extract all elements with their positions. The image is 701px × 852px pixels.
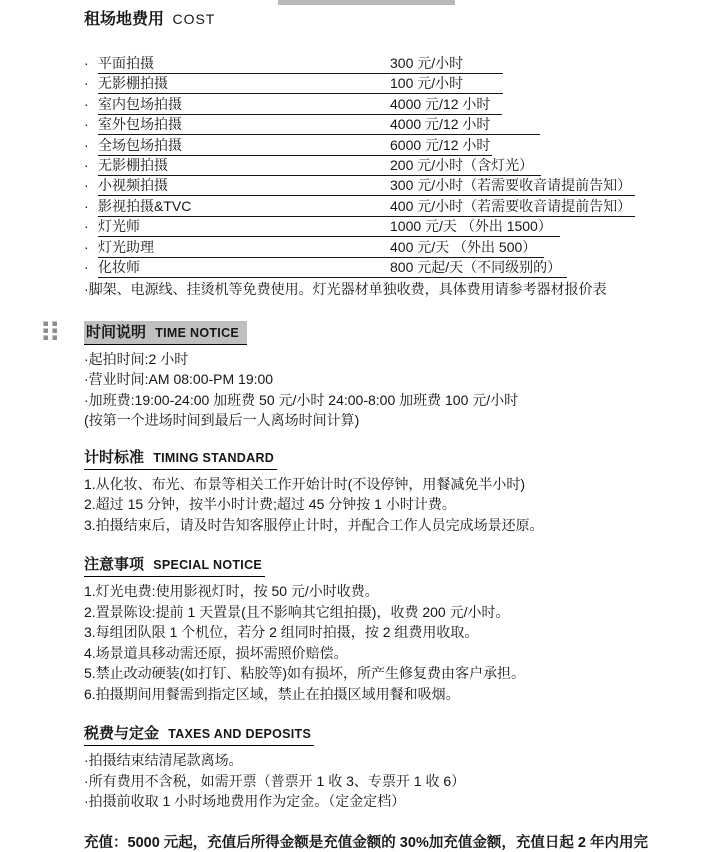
taxes-deposits-lines: ·拍摄结束结清尾款离场。·所有费用不含税，如需开票（普票开 1 收 3、专票开 … (84, 750, 684, 812)
time-notice-lines: ·起拍时间:2 小时·营业时间:AM 08:00-PM 19:00·加班费:19… (84, 349, 684, 431)
cost-item-name: 影视拍摄&TVC (98, 198, 390, 214)
document-page: 租场地费用 COST · 平面拍摄 300 元/小时 · 无影棚拍摄 100 元… (0, 0, 701, 852)
bullet-glyph: · (84, 177, 98, 194)
cost-row: · 室外包场拍摄 4000 元/12 小时 (84, 116, 684, 136)
special-notice-heading-underline: 注意事项 SPECIAL NOTICE (84, 555, 265, 577)
cost-free-items-note: ·脚架、电源线、挂烫机等免费使用。灯光器材单独收费，具体费用请参考器材报价表 (84, 279, 684, 299)
cost-row: · 小视频拍摄 300 元/小时（若需要收音请提前告知） (84, 177, 684, 197)
cost-item-price: 4000 元/12 小时 (390, 116, 490, 132)
cost-item-name: 全场包场拍摄 (98, 137, 390, 153)
text-line: 6.拍摄期间用餐需到指定区域，禁止在拍摄区域用餐和吸烟。 (84, 684, 684, 705)
text-line: ·拍摄结束结清尾款离场。 (84, 750, 684, 771)
cost-row-underline: 影视拍摄&TVC 400 元/小时（若需要收音请提前告知） (98, 198, 635, 217)
text-line: 4.场景道具移动需还原，损坏需照价赔偿。 (84, 643, 684, 664)
bullet-glyph: · (84, 96, 98, 113)
cost-item-price: 400 元/小时（若需要收音请提前告知） (390, 198, 631, 214)
document-content: 租场地费用 COST · 平面拍摄 300 元/小时 · 无影棚拍摄 100 元… (84, 8, 684, 852)
cost-item-price: 4000 元/12 小时 (390, 96, 490, 112)
taxes-deposits-heading: 税费与定金 TAXES AND DEPOSITS (84, 724, 684, 746)
bullet-glyph: · (84, 157, 98, 174)
taxes-deposits-title-zh: 税费与定金 (84, 725, 159, 742)
time-notice-heading-highlight: 时间说明 TIME NOTICE (84, 321, 247, 345)
timing-standard-lines: 1.从化妆、布光、布景等相关工作开始计时(不设停钟，用餐减免半小时)2.超过 1… (84, 474, 684, 536)
cost-row: · 无影棚拍摄 100 元/小时 (84, 75, 684, 95)
text-line: 2.超过 15 分钟，按半小时计费;超过 45 分钟按 1 小时计费。 (84, 494, 684, 515)
cost-row: · 灯光师 1000 元/天 （外出 1500） (84, 218, 684, 238)
section-timing-standard: 计时标准 TIMING STANDARD 1.从化妆、布光、布景等相关工作开始计… (84, 448, 684, 536)
text-line: ·加班费:19:00-24:00 加班费 50 元/小时 24:00-8:00 … (84, 390, 684, 411)
cost-item-name: 室内包场拍摄 (98, 96, 390, 112)
bullet-glyph: · (84, 55, 98, 72)
bullet-glyph: · (84, 137, 98, 154)
cost-row-underline: 小视频拍摄 300 元/小时（若需要收音请提前告知） (98, 177, 635, 196)
time-notice-heading: 时间说明 TIME NOTICE (84, 321, 684, 345)
cost-row-underline: 灯光师 1000 元/天 （外出 1500） (98, 218, 560, 237)
cost-item-name: 无影棚拍摄 (98, 75, 390, 91)
cost-title-zh: 租场地费用 (84, 11, 164, 28)
bullet-glyph: · (84, 75, 98, 92)
cost-row: · 室内包场拍摄 4000 元/12 小时 (84, 96, 684, 116)
special-notice-title-en: SPECIAL NOTICE (153, 558, 262, 572)
text-line: ·起拍时间:2 小时 (84, 349, 684, 370)
cost-item-price: 100 元/小时 (390, 75, 463, 91)
section-special-notice: 注意事项 SPECIAL NOTICE 1.灯光电费:使用影视灯时，按 50 元… (84, 555, 684, 704)
bullet-glyph: · (84, 116, 98, 133)
cost-row-underline: 平面拍摄 300 元/小时 (98, 55, 503, 74)
cost-item-price: 400 元/天 （外出 500） (390, 239, 536, 255)
recharge-note: 充值：5000 元起，充值后所得金额是充值金额的 30%加充值金额，充值日起 2… (84, 833, 684, 852)
cost-item-price: 800 元起/天（不同级别的） (390, 259, 561, 275)
text-line: 1.从化妆、布光、布景等相关工作开始计时(不设停钟，用餐减免半小时) (84, 474, 684, 495)
cost-title-en: COST (172, 11, 215, 27)
text-line: ·所有费用不含税，如需开票（普票开 1 收 3、专票开 1 收 6） (84, 771, 684, 792)
time-notice-title-en: TIME NOTICE (155, 326, 239, 340)
cost-item-name: 无影棚拍摄 (98, 157, 390, 173)
text-line: (按第一个进场时间到最后一人离场时间计算) (84, 410, 684, 431)
timing-standard-title-zh: 计时标准 (84, 449, 144, 466)
cost-item-price: 1000 元/天 （外出 1500） (390, 218, 552, 234)
cost-item-price: 300 元/小时（若需要收音请提前告知） (390, 177, 631, 193)
bullet-glyph: · (84, 239, 98, 256)
top-gray-bar (278, 0, 455, 5)
cost-row-underline: 化妆师 800 元起/天（不同级别的） (98, 259, 567, 278)
bullet-glyph: · (84, 218, 98, 235)
cost-item-name: 灯光师 (98, 218, 390, 234)
cost-item-name: 平面拍摄 (98, 55, 390, 71)
cost-row-underline: 灯光助理 400 元/天 （外出 500） (98, 239, 544, 258)
bullet-glyph: · (84, 198, 98, 215)
special-notice-title-zh: 注意事项 (84, 556, 144, 573)
cost-row: · 无影棚拍摄 200 元/小时（含灯光） (84, 157, 684, 177)
bullet-glyph: · (84, 259, 98, 276)
cost-row: · 平面拍摄 300 元/小时 (84, 55, 684, 75)
cost-row: · 灯光助理 400 元/天 （外出 500） (84, 239, 684, 259)
cost-item-price: 300 元/小时 (390, 55, 463, 71)
text-line: 5.禁止改动硬装(如打钉、粘胶等)如有损坏，所产生修复费由客户承担。 (84, 663, 684, 684)
text-line: ·拍摄前收取 1 小时场地费用作为定金。（定金定档） (84, 791, 684, 812)
cost-row: · 全场包场拍摄 6000 元/12 小时 (84, 137, 684, 157)
cost-item-price: 6000 元/12 小时 (390, 137, 490, 153)
timing-standard-heading-underline: 计时标准 TIMING STANDARD (84, 448, 277, 470)
time-notice-title-zh: 时间说明 (86, 324, 146, 341)
cost-price-list: · 平面拍摄 300 元/小时 · 无影棚拍摄 100 元/小时 · 室内包场拍… (84, 55, 684, 279)
cost-item-name: 小视频拍摄 (98, 177, 390, 193)
text-line: 1.灯光电费:使用影视灯时，按 50 元/小时收费。 (84, 581, 684, 602)
drag-handle-icon[interactable] (43, 321, 58, 341)
cost-item-price: 200 元/小时（含灯光） (390, 157, 533, 173)
section-time-notice: 时间说明 TIME NOTICE ·起拍时间:2 小时·营业时间:AM 08:0… (84, 321, 684, 431)
text-line: ·营业时间:AM 08:00-PM 19:00 (84, 369, 684, 390)
cost-item-name: 化妆师 (98, 259, 390, 275)
cost-item-name: 灯光助理 (98, 239, 390, 255)
cost-row-underline: 室外包场拍摄 4000 元/12 小时 (98, 116, 540, 135)
text-line: 2.置景陈设:提前 1 天置景(且不影响其它组拍摄)，收费 200 元/小时。 (84, 602, 684, 623)
cost-row-underline: 无影棚拍摄 100 元/小时 (98, 75, 503, 94)
special-notice-lines: 1.灯光电费:使用影视灯时，按 50 元/小时收费。2.置景陈设:提前 1 天置… (84, 581, 684, 704)
taxes-deposits-heading-underline: 税费与定金 TAXES AND DEPOSITS (84, 724, 314, 746)
taxes-deposits-title-en: TAXES AND DEPOSITS (168, 727, 311, 741)
cost-item-name: 室外包场拍摄 (98, 116, 390, 132)
special-notice-heading: 注意事项 SPECIAL NOTICE (84, 555, 684, 577)
cost-row: · 影视拍摄&TVC 400 元/小时（若需要收音请提前告知） (84, 198, 684, 218)
text-line: 3.每组团队限 1 个机位，若分 2 组同时拍摄，按 2 组费用收取。 (84, 622, 684, 643)
timing-standard-heading: 计时标准 TIMING STANDARD (84, 448, 684, 470)
cost-row: · 化妆师 800 元起/天（不同级别的） (84, 259, 684, 279)
section-taxes-deposits: 税费与定金 TAXES AND DEPOSITS ·拍摄结束结清尾款离场。·所有… (84, 724, 684, 812)
cost-row-underline: 全场包场拍摄 6000 元/12 小时 (98, 137, 492, 156)
cost-row-underline: 无影棚拍摄 200 元/小时（含灯光） (98, 157, 541, 176)
cost-section-title: 租场地费用 COST (84, 8, 684, 31)
timing-standard-title-en: TIMING STANDARD (153, 451, 274, 465)
text-line: 3.拍摄结束后，请及时告知客服停止计时，并配合工作人员完成场景还原。 (84, 515, 684, 536)
cost-row-underline: 室内包场拍摄 4000 元/12 小时 (98, 96, 502, 115)
